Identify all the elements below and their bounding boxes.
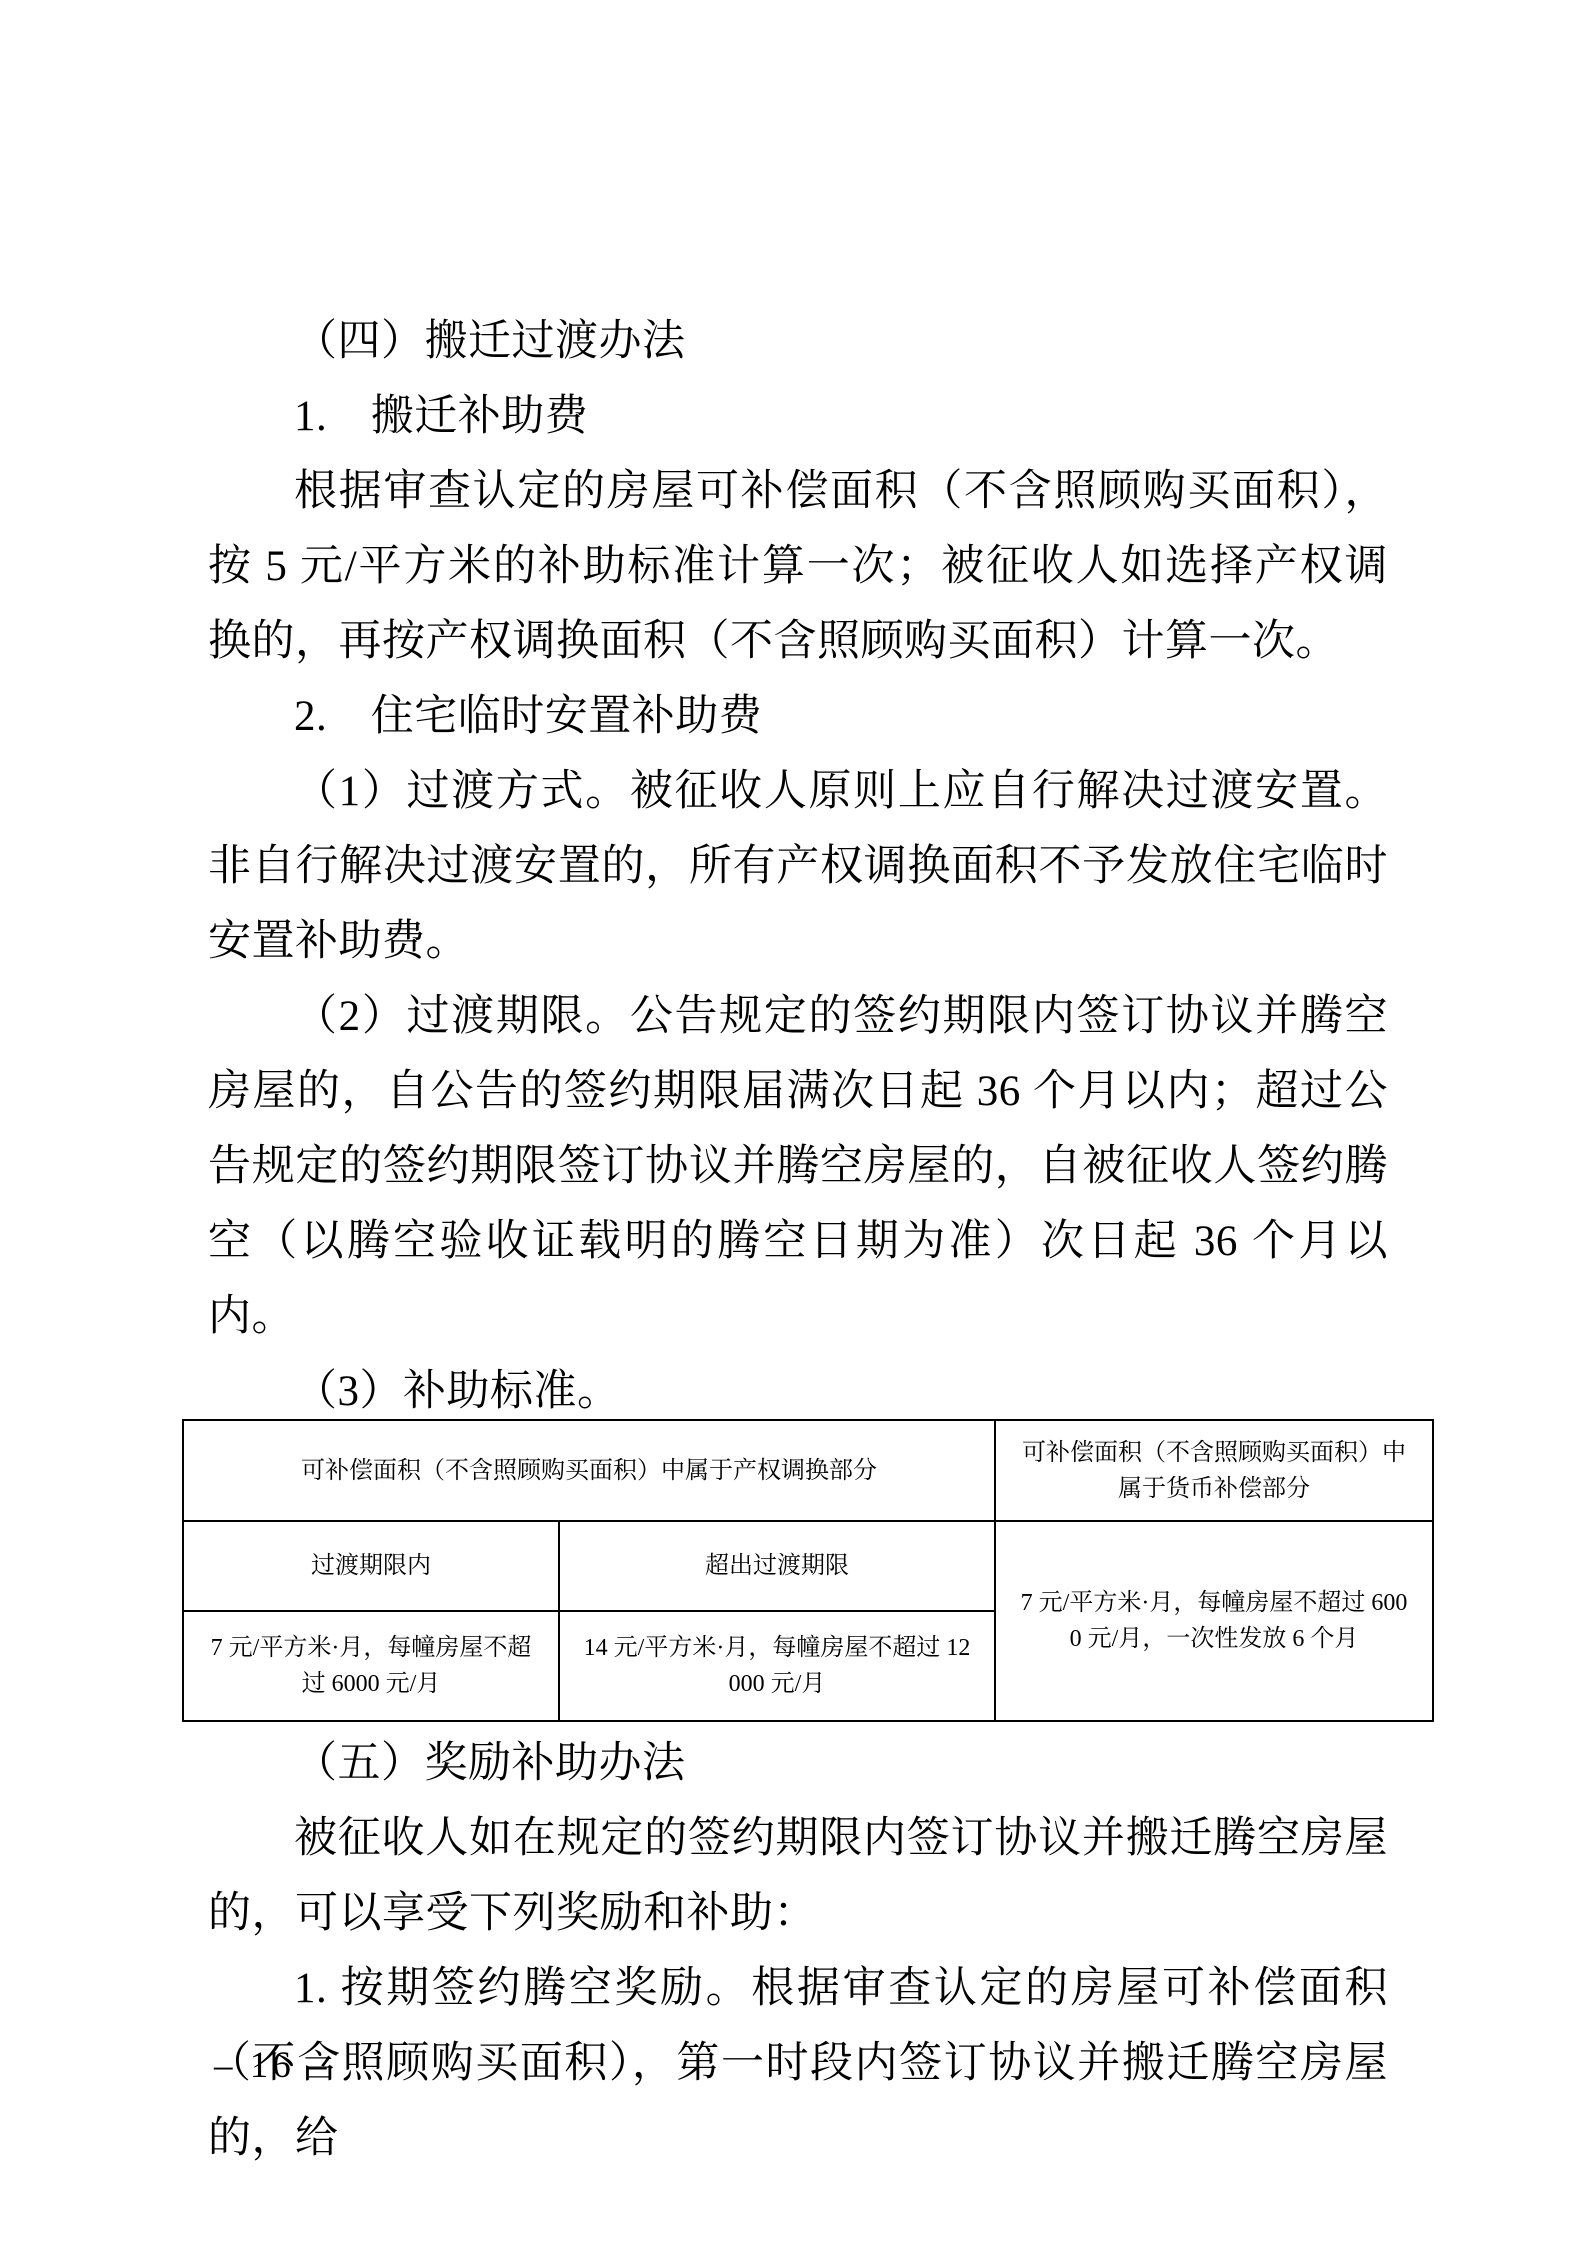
section-five-item-1: 1. 按期签约腾空奖励。根据审查认定的房屋可补偿面积（不含照顾购买面积），第一时… (208, 1951, 1388, 2176)
document-page: （四）搬迁过渡办法 1. 搬迁补助费 根据审查认定的房屋可补偿面积（不含照顾购买… (0, 0, 1587, 2245)
table-header-row: 可补偿面积（不含照顾购买面积）中属于产权调换部分 可补偿面积（不含照顾购买面积）… (183, 1420, 1433, 1521)
header-cell-property-swap: 可补偿面积（不含照顾购买面积）中属于产权调换部分 (183, 1420, 995, 1521)
page-number: – 16 – (214, 2042, 331, 2090)
subsidy-standard-table: 可补偿面积（不含照顾购买面积）中属于产权调换部分 可补偿面积（不含照顾购买面积）… (182, 1419, 1434, 1722)
section-heading-five: （五）奖励补助办法 (208, 1726, 1388, 1801)
cell-monetary-rate: 7 元/平方米·月，每幢房屋不超过 6000 元/月，一次性发放 6 个月 (995, 1521, 1433, 1721)
item-1-title: 1. 搬迁补助费 (208, 379, 1388, 454)
item-2-paragraph-subsidy-standard: （3）补助标准。 (208, 1354, 1388, 1429)
item-1-paragraph: 根据审查认定的房屋可补偿面积（不含照顾购买面积），按 5 元/平方米的补助标准计… (208, 454, 1388, 679)
cell-beyond-period-rate: 14 元/平方米·月，每幢房屋不超过 12000 元/月 (559, 1611, 995, 1721)
header-cell-monetary: 可补偿面积（不含照顾购买面积）中属于货币补偿部分 (995, 1420, 1433, 1521)
section-five-intro: 被征收人如在规定的签约期限内签订协议并搬迁腾空房屋的，可以享受下列奖励和补助： (208, 1801, 1388, 1951)
document-body: （四）搬迁过渡办法 1. 搬迁补助费 根据审查认定的房屋可补偿面积（不含照顾购买… (208, 304, 1388, 2176)
section-heading-four: （四）搬迁过渡办法 (208, 304, 1388, 379)
cell-beyond-period-label: 超出过渡期限 (559, 1521, 995, 1611)
cell-within-period-label: 过渡期限内 (183, 1521, 559, 1611)
item-2-title: 2. 住宅临时安置补助费 (208, 679, 1388, 754)
table-period-label-row: 过渡期限内 超出过渡期限 7 元/平方米·月，每幢房屋不超过 6000 元/月，… (183, 1521, 1433, 1611)
item-2-paragraph-transition-period: （2）过渡期限。公告规定的签约期限内签订协议并腾空房屋的，自公告的签约期限届满次… (208, 979, 1388, 1354)
cell-within-period-rate: 7 元/平方米·月，每幢房屋不超过 6000 元/月 (183, 1611, 559, 1721)
item-2-paragraph-transition-mode: （1）过渡方式。被征收人原则上应自行解决过渡安置。非自行解决过渡安置的，所有产权… (208, 754, 1388, 979)
